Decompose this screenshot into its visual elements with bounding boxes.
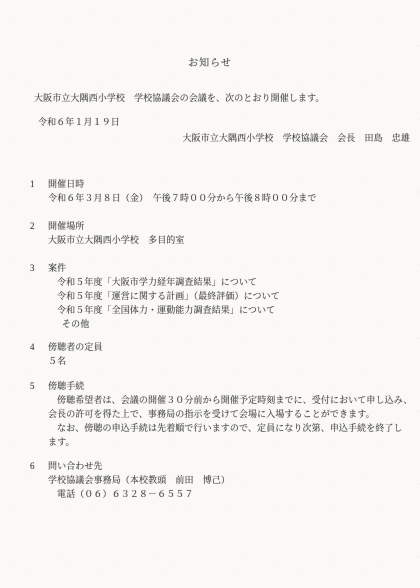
section-line: 令和６年３月８日（金） 午後７時００分から午後８時００分まで (0, 191, 420, 205)
section-number: 5 (30, 379, 48, 393)
section-observer-capacity: 4傍聴者の定員 ５名 (0, 340, 420, 368)
agenda-item: その他 (0, 317, 420, 331)
section-heading-label: 傍聴手続 (48, 381, 84, 391)
section-contact: 6問い合わせ先 学校協議会事務局（本校教頭 前田 博己） 電話（０６）６３２８－… (0, 459, 420, 501)
section-observation-procedure: 5傍聴手続 傍聴希望者は、会議の開催３０分前から開催予定時刻までに、受付において… (0, 379, 420, 449)
section-heading: 3案件 (0, 261, 420, 275)
section-number: 1 (30, 177, 48, 191)
section-heading-label: 開催場所 (48, 221, 84, 231)
section-number: 4 (30, 340, 48, 354)
section-line: 傍聴希望者は、会議の開催３０分前から開催予定時刻までに、受付において申し込み、 (0, 393, 420, 407)
section-heading: 1開催日時 (0, 177, 420, 191)
section-heading-label: 案件 (48, 263, 66, 273)
issuer-line: 大阪市立大隅西小学校 学校協議会 会長 田島 忠雄 (0, 131, 420, 145)
section-line: なお、傍聴の申込手続は先着順で行いますので、定員になり次第、申込手続を終了し (0, 421, 420, 435)
section-heading: 5傍聴手続 (0, 379, 420, 393)
agenda-item: 令和５年度「全国体力・運動能力調査結果」について (0, 303, 420, 317)
intro-sentence: 大阪市立大隅西小学校 学校協議会の会議を、次のとおり開催します。 (0, 91, 420, 105)
section-heading-label: 傍聴者の定員 (48, 342, 103, 352)
section-meeting-place: 2開催場所 大阪市立大隅西小学校 多目的室 (0, 219, 420, 247)
section-heading: 2開催場所 (0, 219, 420, 233)
section-agenda: 3案件 令和５年度「大阪市学力経年調査結果」について 令和５年度「運営に関する計… (0, 261, 420, 331)
section-line: 会長の許可を得た上で、事務局の指示を受けて会場に入場することができます。 (0, 407, 420, 421)
section-line: ５名 (0, 354, 420, 368)
issue-date: 令和６年１月１９日 (0, 115, 420, 129)
agenda-item: 令和５年度「大阪市学力経年調査結果」について (0, 275, 420, 289)
section-number: 3 (30, 261, 48, 275)
page-title: お知らせ (0, 57, 420, 71)
section-heading: 4傍聴者の定員 (0, 340, 420, 354)
section-heading-label: 開催日時 (48, 179, 84, 189)
section-heading-label: 問い合わせ先 (48, 461, 103, 471)
section-line: 大阪市立大隅西小学校 多目的室 (0, 233, 420, 247)
section-number: 2 (30, 219, 48, 233)
section-line: ます。 (0, 435, 420, 449)
section-meeting-datetime: 1開催日時 令和６年３月８日（金） 午後７時００分から午後８時００分まで (0, 177, 420, 205)
contact-office-line: 学校協議会事務局（本校教頭 前田 博己） (0, 473, 420, 487)
scanned-notice-page: お知らせ 大阪市立大隅西小学校 学校協議会の会議を、次のとおり開催します。 令和… (0, 0, 420, 588)
section-heading: 6問い合わせ先 (0, 459, 420, 473)
section-number: 6 (30, 459, 48, 473)
agenda-item: 令和５年度「運営に関する計画」（最終評価）について (0, 289, 420, 303)
contact-phone-line: 電話（０６）６３２８－６５５７ (0, 487, 420, 501)
